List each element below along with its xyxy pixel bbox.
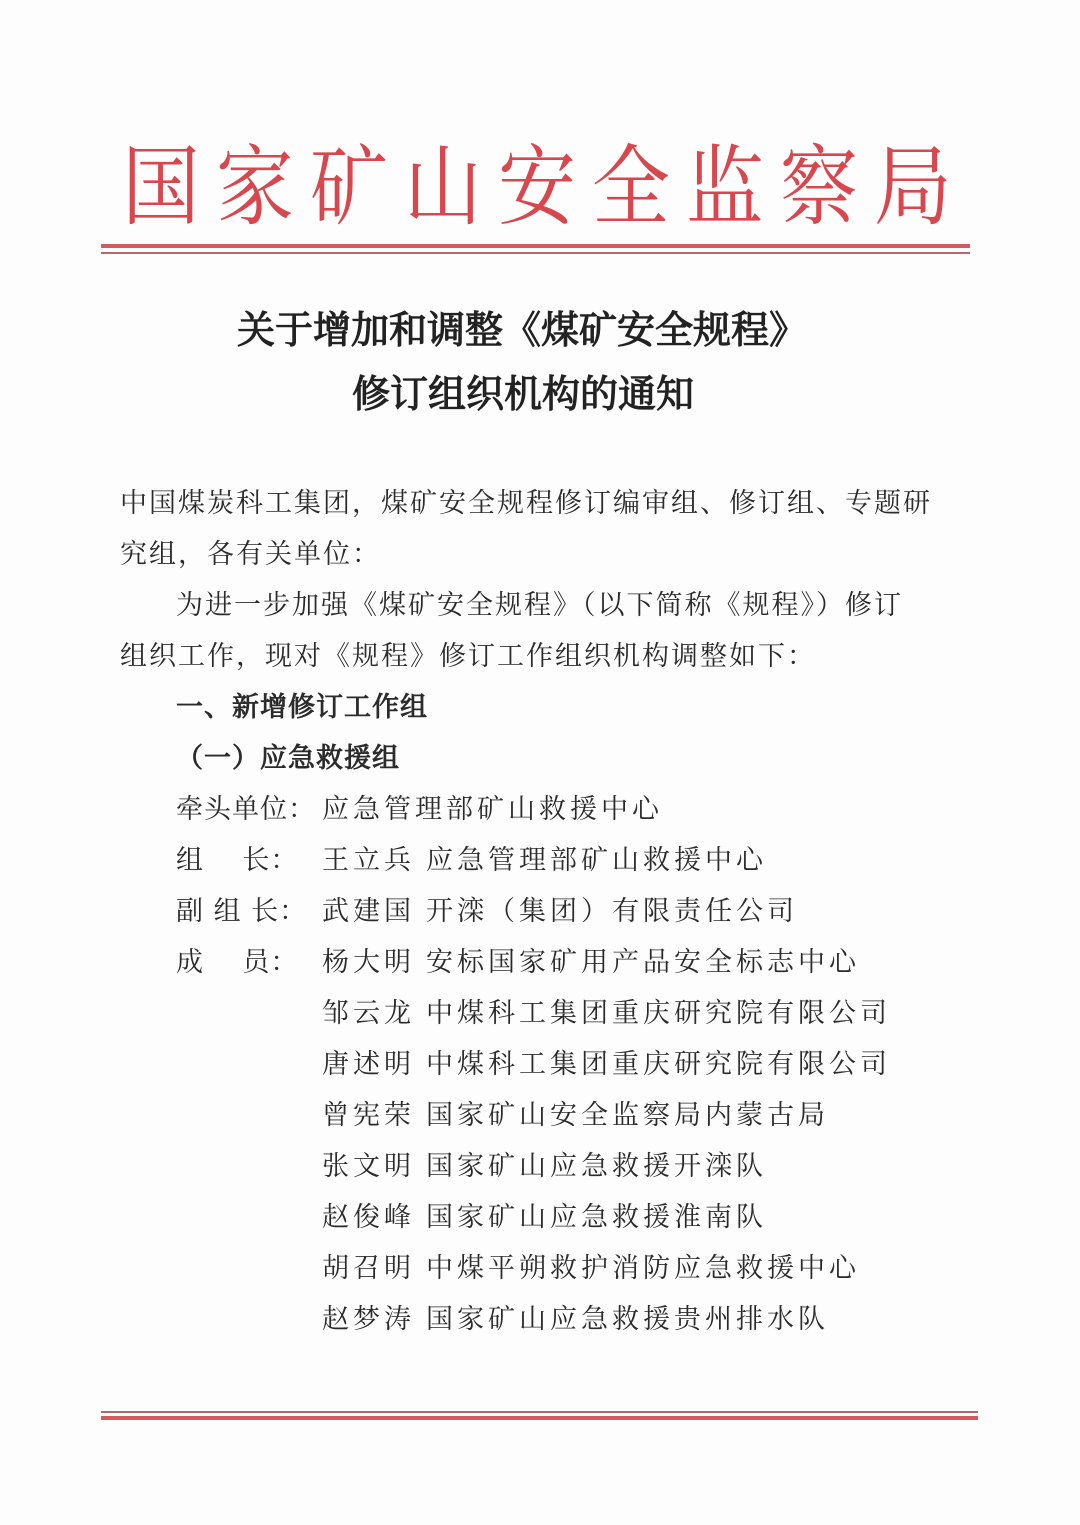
members-label-spacer: [176, 1039, 322, 1090]
footer-red-rule-thick: [101, 1416, 978, 1420]
member-name: 张文明: [322, 1141, 426, 1192]
intro-line-2: 组织工作，现对《规程》修订工作组织机构调整如下：: [120, 631, 940, 682]
masthead-char: 山: [404, 132, 482, 244]
member-row: 曾宪荣 国家矿山安全监察局内蒙古局: [120, 1090, 940, 1141]
member-row: 邹云龙 中煤科工集团重庆研究院有限公司: [120, 988, 940, 1039]
member-name: 唐述明: [322, 1039, 426, 1090]
member-org: 国家矿山应急救援开滦队: [426, 1141, 767, 1192]
member-name: 赵俊峰: [322, 1192, 426, 1243]
member-row: 唐述明 中煤科工集团重庆研究院有限公司: [120, 1039, 940, 1090]
leader-org: 应急管理部矿山救援中心: [426, 835, 767, 886]
document-page: 国 家 矿 山 安 全 监 察 局 关于增加和调整《煤矿安全规程》 修订组织机构…: [0, 0, 1080, 1525]
masthead-char: 局: [874, 132, 952, 244]
member-name: 杨大明: [322, 937, 426, 988]
title-line-2: 修订组织机构的通知: [0, 362, 1040, 426]
member-org: 国家矿山应急救援淮南队: [426, 1192, 767, 1243]
members-label-spacer: [176, 1090, 322, 1141]
subsection-heading: （一）应急救援组: [120, 733, 940, 784]
document-title: 关于增加和调整《煤矿安全规程》 修订组织机构的通知: [0, 298, 1040, 426]
member-row: 张文明 国家矿山应急救援开滦队: [120, 1141, 940, 1192]
member-name: 邹云龙: [322, 988, 426, 1039]
deputy-leader-org: 开滦（集团）有限责任公司: [426, 886, 798, 937]
member-row: 成 员： 杨大明 安标国家矿用产品安全标志中心: [120, 937, 940, 988]
member-org: 中煤平朔救护消防应急救援中心: [426, 1243, 860, 1294]
lead-unit-label: 牵头单位：: [176, 784, 322, 835]
member-org: 中煤科工集团重庆研究院有限公司: [426, 1039, 891, 1090]
members-label-spacer: [176, 988, 322, 1039]
addressee-line-1: 中国煤炭科工集团，煤矿安全规程修订编审组、修订组、专题研: [120, 478, 940, 529]
masthead-char: 监: [686, 132, 764, 244]
members-label: 成 员：: [176, 937, 322, 988]
masthead-agency-name: 国 家 矿 山 安 全 监 察 局: [122, 138, 952, 238]
member-org: 国家矿山应急救援贵州排水队: [426, 1294, 829, 1345]
leader-label: 组 长：: [176, 835, 322, 886]
header-red-rule-thick: [101, 244, 970, 248]
deputy-leader-row: 副 组 长： 武建国 开滦（集团）有限责任公司: [120, 886, 940, 937]
leader-row: 组 长： 王立兵 应急管理部矿山救援中心: [120, 835, 940, 886]
members-label-spacer: [176, 1192, 322, 1243]
deputy-leader-name: 武建国: [322, 886, 426, 937]
member-row: 胡召明 中煤平朔救护消防应急救援中心: [120, 1243, 940, 1294]
member-name: 胡召明: [322, 1243, 426, 1294]
member-name: 曾宪荣: [322, 1090, 426, 1141]
masthead-char: 国: [122, 132, 200, 244]
title-line-1: 关于增加和调整《煤矿安全规程》: [0, 298, 1040, 362]
member-row: 赵梦涛 国家矿山应急救援贵州排水队: [120, 1294, 940, 1345]
lead-unit-row: 牵头单位： 应急管理部矿山救援中心: [120, 784, 940, 835]
footer-red-rule-thin: [101, 1411, 978, 1413]
intro-line-1: 为进一步加强《煤矿安全规程》（以下简称《规程》）修订: [120, 580, 940, 631]
document-body: 中国煤炭科工集团，煤矿安全规程修订编审组、修订组、专题研 究组，各有关单位： 为…: [120, 478, 940, 1345]
masthead-char: 全: [592, 132, 670, 244]
masthead-char: 察: [780, 132, 858, 244]
masthead-char: 安: [498, 132, 576, 244]
members-label-spacer: [176, 1294, 322, 1345]
masthead-char: 矿: [310, 132, 388, 244]
addressee-line-2: 究组，各有关单位：: [120, 529, 940, 580]
section-heading: 一、新增修订工作组: [120, 682, 940, 733]
member-name: 赵梦涛: [322, 1294, 426, 1345]
lead-unit-value: 应急管理部矿山救援中心: [322, 784, 663, 835]
member-org: 国家矿山安全监察局内蒙古局: [426, 1090, 829, 1141]
members-label-spacer: [176, 1243, 322, 1294]
header-red-rule-thin: [101, 252, 970, 254]
member-org: 安标国家矿用产品安全标志中心: [426, 937, 860, 988]
leader-name: 王立兵: [322, 835, 426, 886]
member-org: 中煤科工集团重庆研究院有限公司: [426, 988, 891, 1039]
member-row: 赵俊峰 国家矿山应急救援淮南队: [120, 1192, 940, 1243]
deputy-leader-label: 副 组 长：: [176, 886, 322, 937]
masthead-char: 家: [216, 132, 294, 244]
members-label-spacer: [176, 1141, 322, 1192]
